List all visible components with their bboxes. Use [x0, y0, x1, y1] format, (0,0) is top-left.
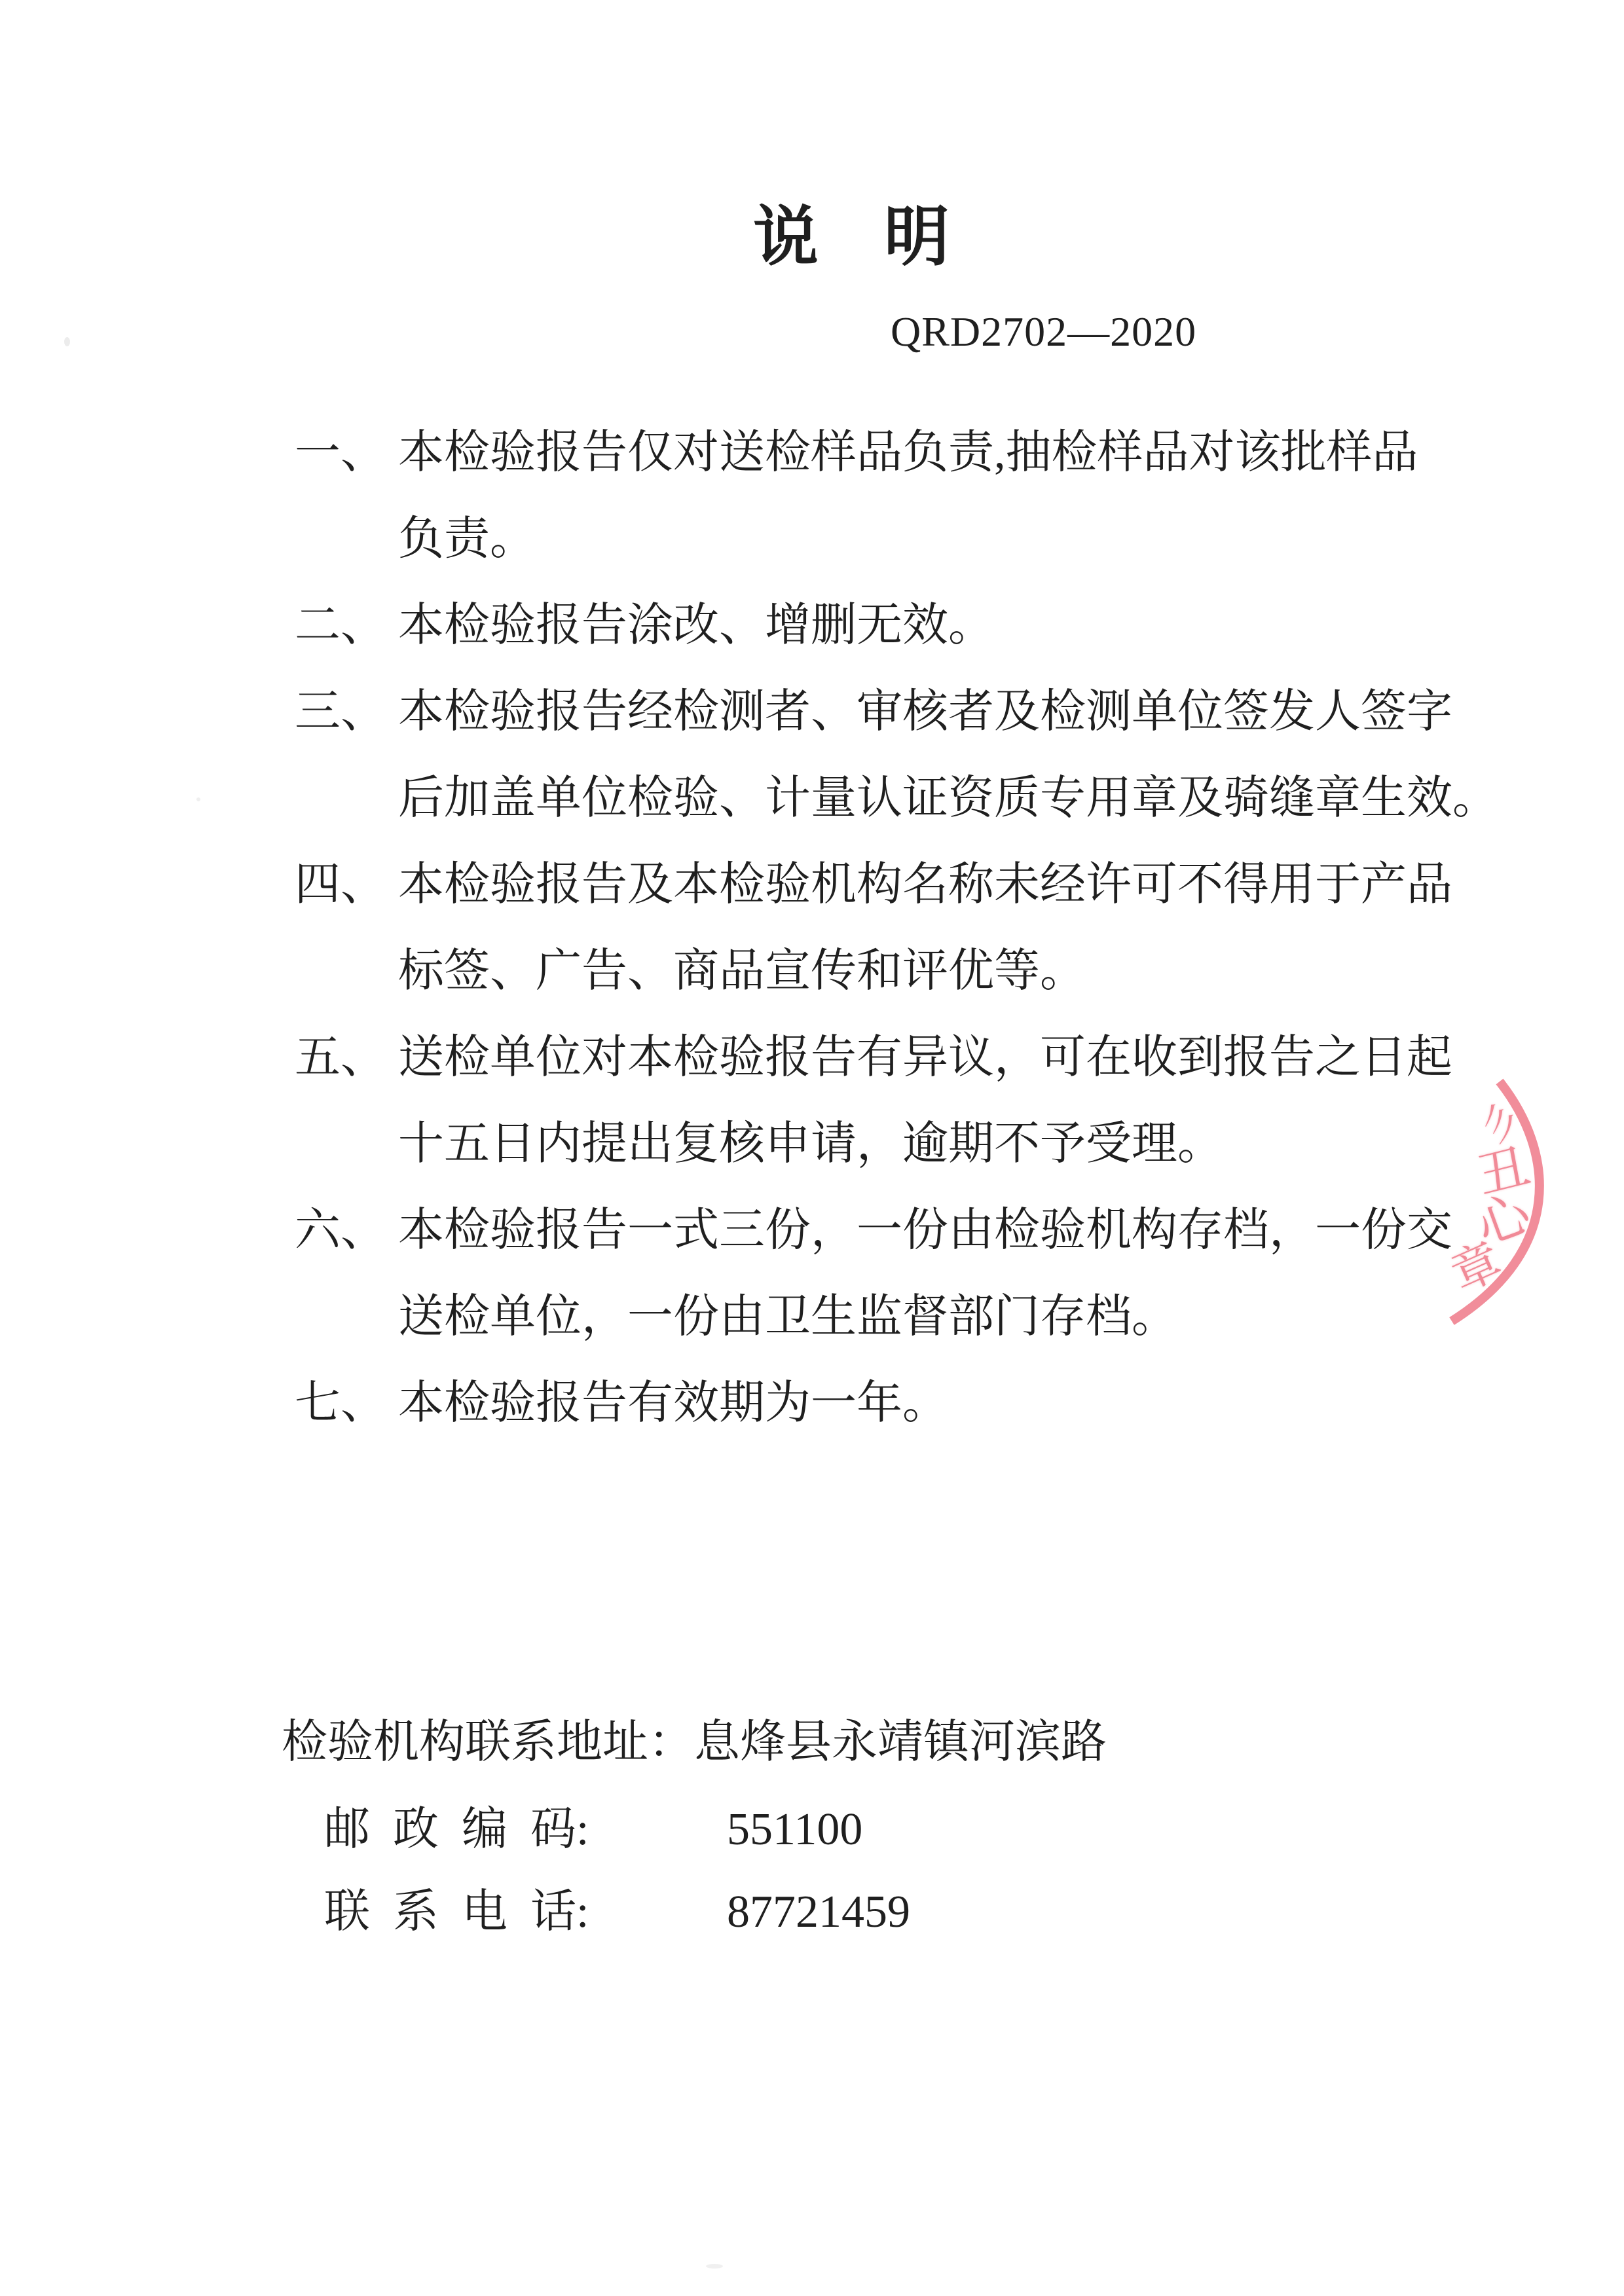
doc-code: QRD2702—2020: [891, 309, 1196, 355]
contact-phone-label: 联 系 电 话:: [324, 1869, 727, 1956]
scan-speck: [706, 2264, 723, 2269]
note-item-4-continuation: 标签、广告、商品宣传和评优等。: [295, 928, 1428, 1015]
document-page: 说 明 QRD2702—2020 一、本检验报告仅对送检样品负责,抽检样品对该批…: [0, 0, 1624, 2296]
contact-postal-label: 邮 政 编 码:: [324, 1787, 727, 1873]
note-item-text: 本检验报告有效期为一年。: [398, 1378, 948, 1429]
contact-address-label: 检验机构联系地址：: [282, 1717, 694, 1768]
note-item-3-continuation: 后加盖单位检验、计量认证资质专用章及骑缝章生效。: [295, 756, 1428, 842]
note-item-text: 本检验报告及本检验机构名称未经许可不得用于产品: [398, 860, 1452, 910]
paging-seal-stamp: 彡 丑 心 章: [1414, 1048, 1624, 1349]
note-item-number: 三、: [295, 669, 398, 756]
note-item-5: 五、送检单位对本检验报告有异议，可在收到报告之日起: [295, 1015, 1428, 1101]
note-item-number: 一、: [295, 410, 398, 496]
note-item-7: 七、本检验报告有效期为一年。: [295, 1360, 1428, 1447]
note-item-number: 二、: [295, 583, 398, 669]
note-item-1-continuation: 负责。: [295, 496, 1428, 583]
stamp-character: 心: [1470, 1187, 1538, 1254]
contact-address-line: 检验机构联系地址：息烽县永靖镇河滨路: [282, 1700, 1107, 1786]
note-item-number: 七、: [295, 1360, 398, 1447]
stamp-arc-icon: [1414, 1048, 1624, 1349]
note-item-3: 三、本检验报告经检测者、审核者及检测单位签发人签字: [295, 669, 1428, 756]
stamp-character: 彡: [1472, 1096, 1528, 1152]
note-item-number: 五、: [295, 1015, 398, 1101]
contact-postal-value: 551100: [727, 1804, 862, 1855]
note-item-number: 四、: [295, 842, 398, 928]
contact-phone-value: 87721459: [727, 1887, 910, 1937]
note-item-text: 本检验报告涂改、增删无效。: [398, 600, 994, 651]
note-item-4: 四、本检验报告及本检验机构名称未经许可不得用于产品: [295, 842, 1428, 928]
contact-phone-line: 联 系 电 话:87721459: [324, 1869, 910, 1956]
note-item-number: 六、: [295, 1188, 398, 1274]
note-item-text: 本检验报告仅对送检样品负责,抽检样品对该批样品: [398, 428, 1418, 478]
stamp-character: 章: [1445, 1236, 1509, 1300]
note-item-text: 本检验报告经检测者、审核者及检测单位签发人签字: [398, 687, 1452, 737]
contact-address-value: 息烽县永靖镇河滨路: [694, 1717, 1107, 1768]
note-item-6-continuation: 送检单位，一份由卫生监督部门存档。: [295, 1274, 1428, 1360]
notes-list: 一、本检验报告仅对送检样品负责,抽检样品对该批样品 负责。 二、本检验报告涂改、…: [295, 410, 1428, 1447]
contact-postal-line: 邮 政 编 码:551100: [324, 1787, 862, 1873]
note-item-1: 一、本检验报告仅对送检样品负责,抽检样品对该批样品: [295, 410, 1428, 496]
scan-speck: [196, 797, 200, 801]
note-item-2: 二、本检验报告涂改、增删无效。: [295, 583, 1428, 669]
scan-speck: [64, 337, 70, 346]
note-item-text: 本检验报告一式三份，一份由检验机构存档，一份交: [398, 1205, 1452, 1256]
page-title: 说 明: [753, 202, 950, 274]
stamp-character: 丑: [1472, 1141, 1535, 1202]
note-item-5-continuation: 十五日内提出复核申请，逾期不予受理。: [295, 1101, 1428, 1188]
note-item-text: 送检单位对本检验报告有异议，可在收到报告之日起: [398, 1032, 1452, 1083]
note-item-6: 六、本检验报告一式三份，一份由检验机构存档，一份交: [295, 1188, 1428, 1274]
